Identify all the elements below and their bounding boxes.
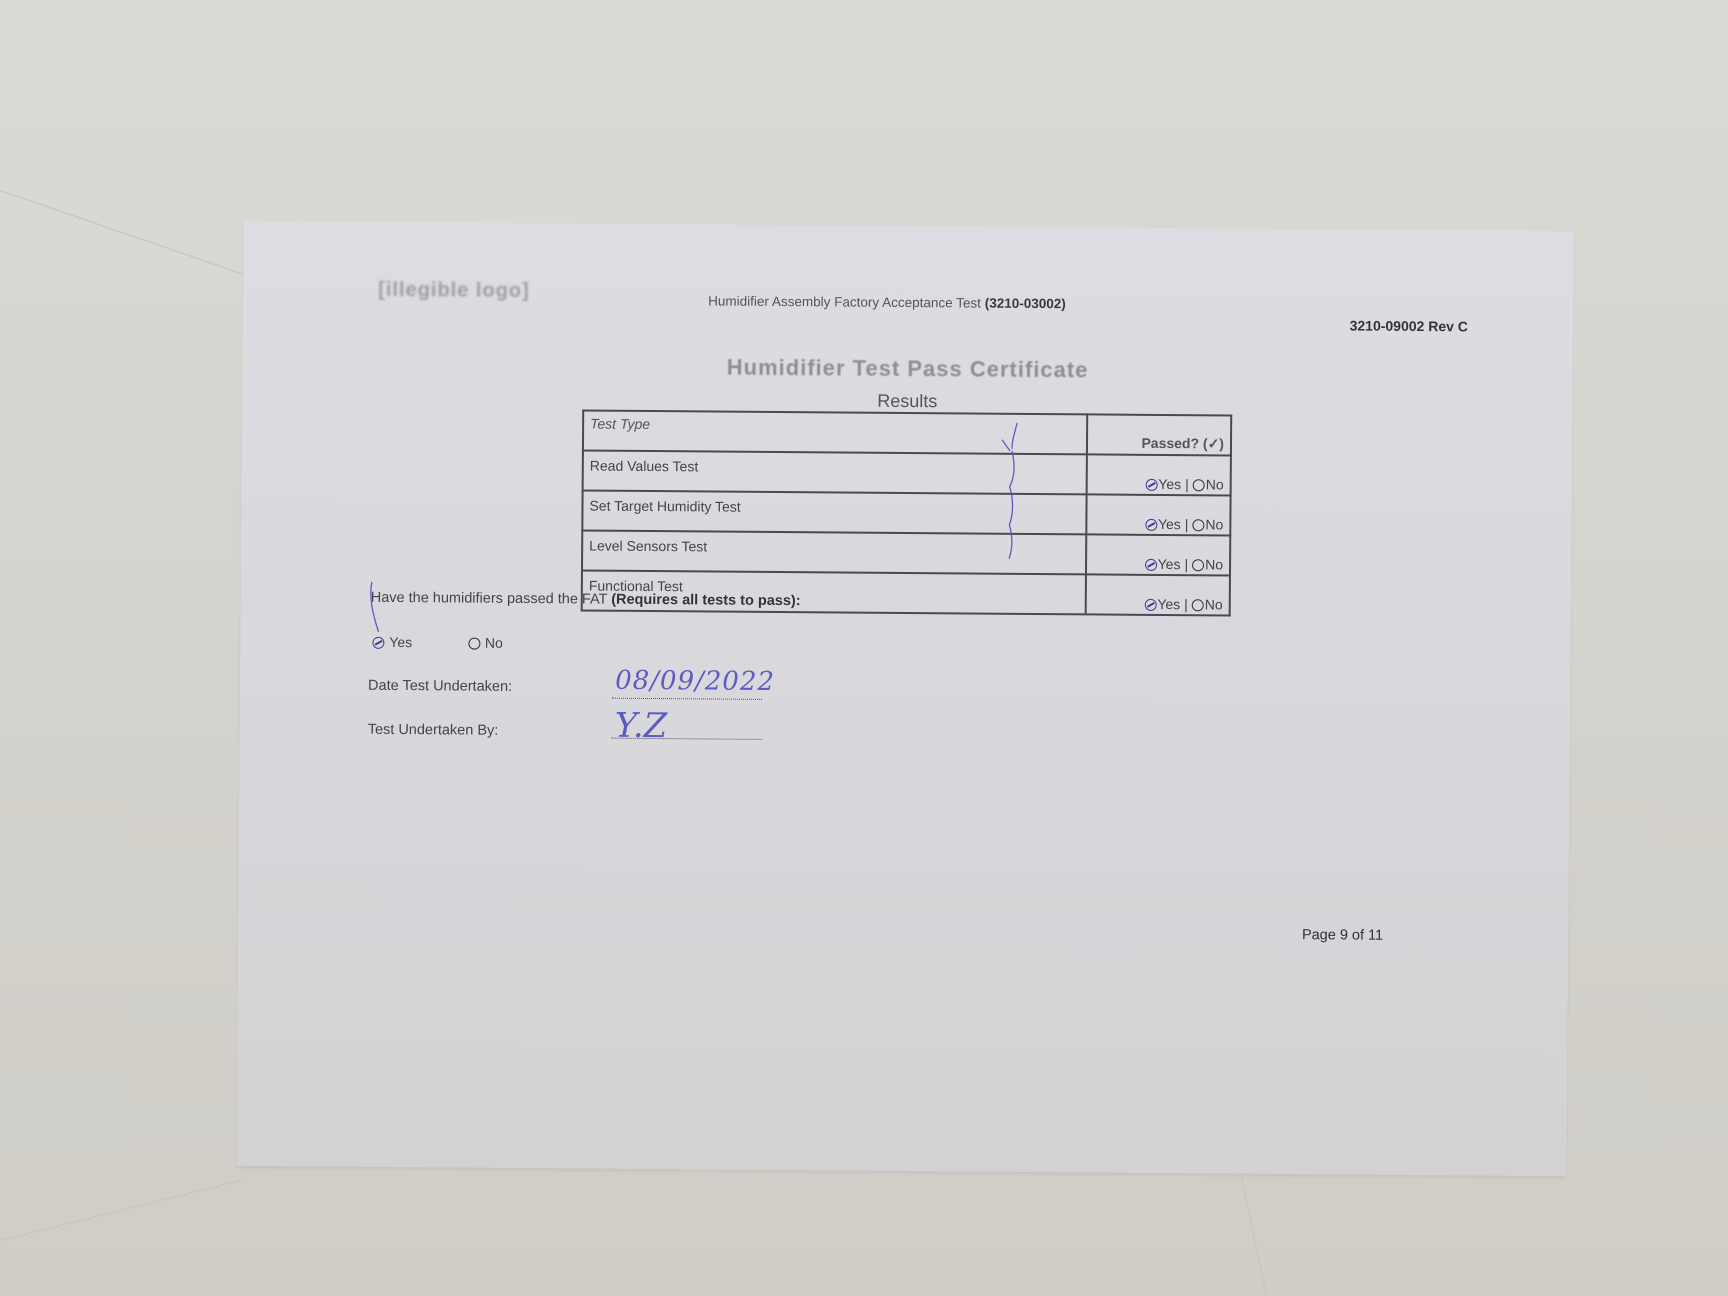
option-no-label: No bbox=[1205, 516, 1223, 532]
date-value-handwritten[interactable]: 08/09/2022 bbox=[615, 666, 775, 697]
radio-yes-checked-icon[interactable] bbox=[372, 637, 384, 649]
radio-yes-checked-icon[interactable] bbox=[1145, 479, 1157, 491]
tester-initials-handwritten[interactable]: Y.Z bbox=[615, 706, 668, 746]
company-logo: [illegible logo] bbox=[378, 279, 530, 303]
fat-option-no[interactable]: No bbox=[468, 635, 503, 651]
document-number: 3210-09002 Rev C bbox=[1350, 317, 1468, 334]
option-separator: | bbox=[1185, 516, 1189, 532]
radio-yes-checked-icon[interactable] bbox=[1145, 519, 1157, 531]
page-number: Page 9 of 11 bbox=[1302, 927, 1383, 944]
passed-cell: Yes|No bbox=[1086, 494, 1230, 535]
date-field-line bbox=[612, 698, 762, 700]
table-row: Level Sensors TestYes|No bbox=[582, 530, 1230, 575]
fat-question-requirement: (Requires all tests to pass): bbox=[611, 592, 800, 609]
table-header-row: Test Type Passed? (✓) bbox=[583, 410, 1231, 455]
date-label: Date Test Undertaken: bbox=[368, 678, 512, 695]
fat-option-yes[interactable]: Yes bbox=[372, 634, 412, 650]
table-row: Read Values TestYes|No bbox=[583, 450, 1231, 495]
test-type-cell: Level Sensors Test bbox=[582, 530, 1086, 574]
document-header-title: Humidifier Assembly Factory Acceptance T… bbox=[708, 293, 1066, 311]
option-no-label: No bbox=[1206, 476, 1224, 492]
passed-cell: Yes|No bbox=[1087, 454, 1231, 495]
header-title-code: (3210-03002) bbox=[985, 296, 1066, 312]
option-yes-label: Yes bbox=[1158, 516, 1181, 532]
radio-no-icon[interactable] bbox=[1192, 599, 1204, 611]
option-no-label: No bbox=[1205, 596, 1223, 612]
passed-cell: Yes|No bbox=[1086, 574, 1230, 615]
option-yes-label: Yes bbox=[1157, 596, 1180, 612]
passed-cell: Yes|No bbox=[1086, 534, 1230, 575]
radio-no-icon[interactable] bbox=[1192, 559, 1204, 571]
option-separator: | bbox=[1184, 556, 1188, 572]
fat-question: Have the humidifiers passed the FAT (Req… bbox=[371, 590, 801, 609]
option-separator: | bbox=[1185, 476, 1189, 492]
radio-yes-checked-icon[interactable] bbox=[1144, 599, 1156, 611]
radio-yes-checked-icon[interactable] bbox=[1145, 559, 1157, 571]
background-seam bbox=[0, 190, 246, 276]
document-page: [illegible logo] Humidifier Assembly Fac… bbox=[236, 221, 1573, 1176]
option-yes-label: Yes bbox=[1158, 476, 1181, 492]
table-row: Set Target Humidity TestYes|No bbox=[582, 490, 1230, 535]
radio-no-icon[interactable] bbox=[1193, 479, 1205, 491]
radio-no-icon[interactable] bbox=[468, 638, 480, 650]
test-type-cell: Set Target Humidity Test bbox=[582, 490, 1086, 534]
header-title-text: Humidifier Assembly Factory Acceptance T… bbox=[708, 293, 981, 310]
option-no-label: No bbox=[1205, 556, 1223, 572]
results-table: Test Type Passed? (✓) Read Values TestYe… bbox=[581, 409, 1233, 616]
background-seam bbox=[0, 1180, 243, 1241]
background-seam bbox=[1240, 1170, 1268, 1296]
fat-options: Yes No bbox=[372, 634, 555, 651]
column-header-test-type: Test Type bbox=[583, 410, 1087, 454]
tester-label: Test Undertaken By: bbox=[368, 722, 499, 739]
column-header-passed: Passed? (✓) bbox=[1087, 414, 1231, 455]
test-type-cell: Read Values Test bbox=[583, 450, 1087, 494]
radio-no-icon[interactable] bbox=[1192, 519, 1204, 531]
option-separator: | bbox=[1184, 596, 1188, 612]
option-yes-label: Yes bbox=[1158, 556, 1181, 572]
fat-question-text: Have the humidifiers passed the FAT bbox=[371, 590, 612, 608]
certificate-title: Humidifier Test Pass Certificate bbox=[243, 351, 1573, 387]
